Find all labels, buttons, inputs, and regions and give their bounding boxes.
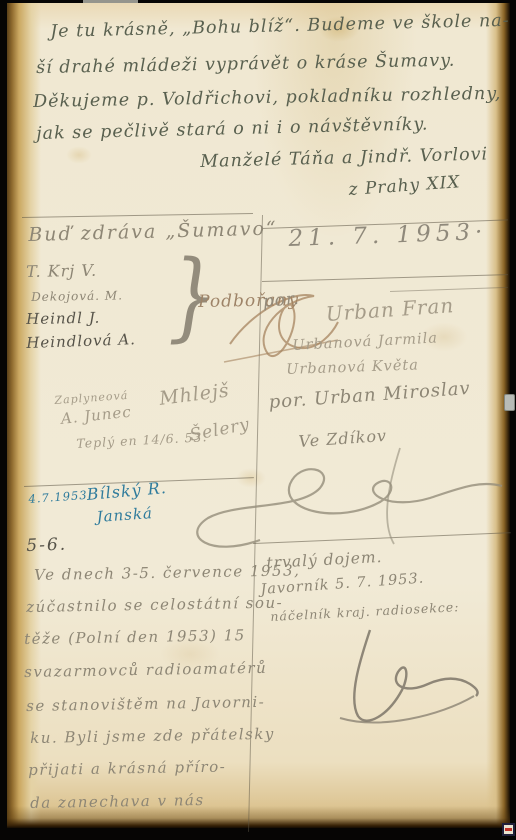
gray-handle-icon — [504, 394, 515, 411]
paragraph-line: da zanechava v nás — [30, 791, 205, 812]
paragraph-line: těže (Polní den 1953) 15 — [24, 626, 246, 648]
page-note: 5-6. — [26, 535, 67, 556]
rank-scrawl: por. — [262, 289, 300, 312]
top-edge-notch — [83, 0, 138, 3]
signature-name: Heindl J. — [26, 309, 101, 328]
red-minus-bar — [505, 828, 512, 831]
signature-name: T. Krj V. — [26, 261, 97, 281]
page-right-edge — [486, 3, 510, 828]
signature-name: Heindlová A. — [26, 330, 136, 352]
paragraph-line: přijati a krásná příro- — [28, 758, 226, 779]
signature-name: Dekojová. M. — [31, 288, 123, 304]
red-minus-icon — [502, 823, 515, 836]
